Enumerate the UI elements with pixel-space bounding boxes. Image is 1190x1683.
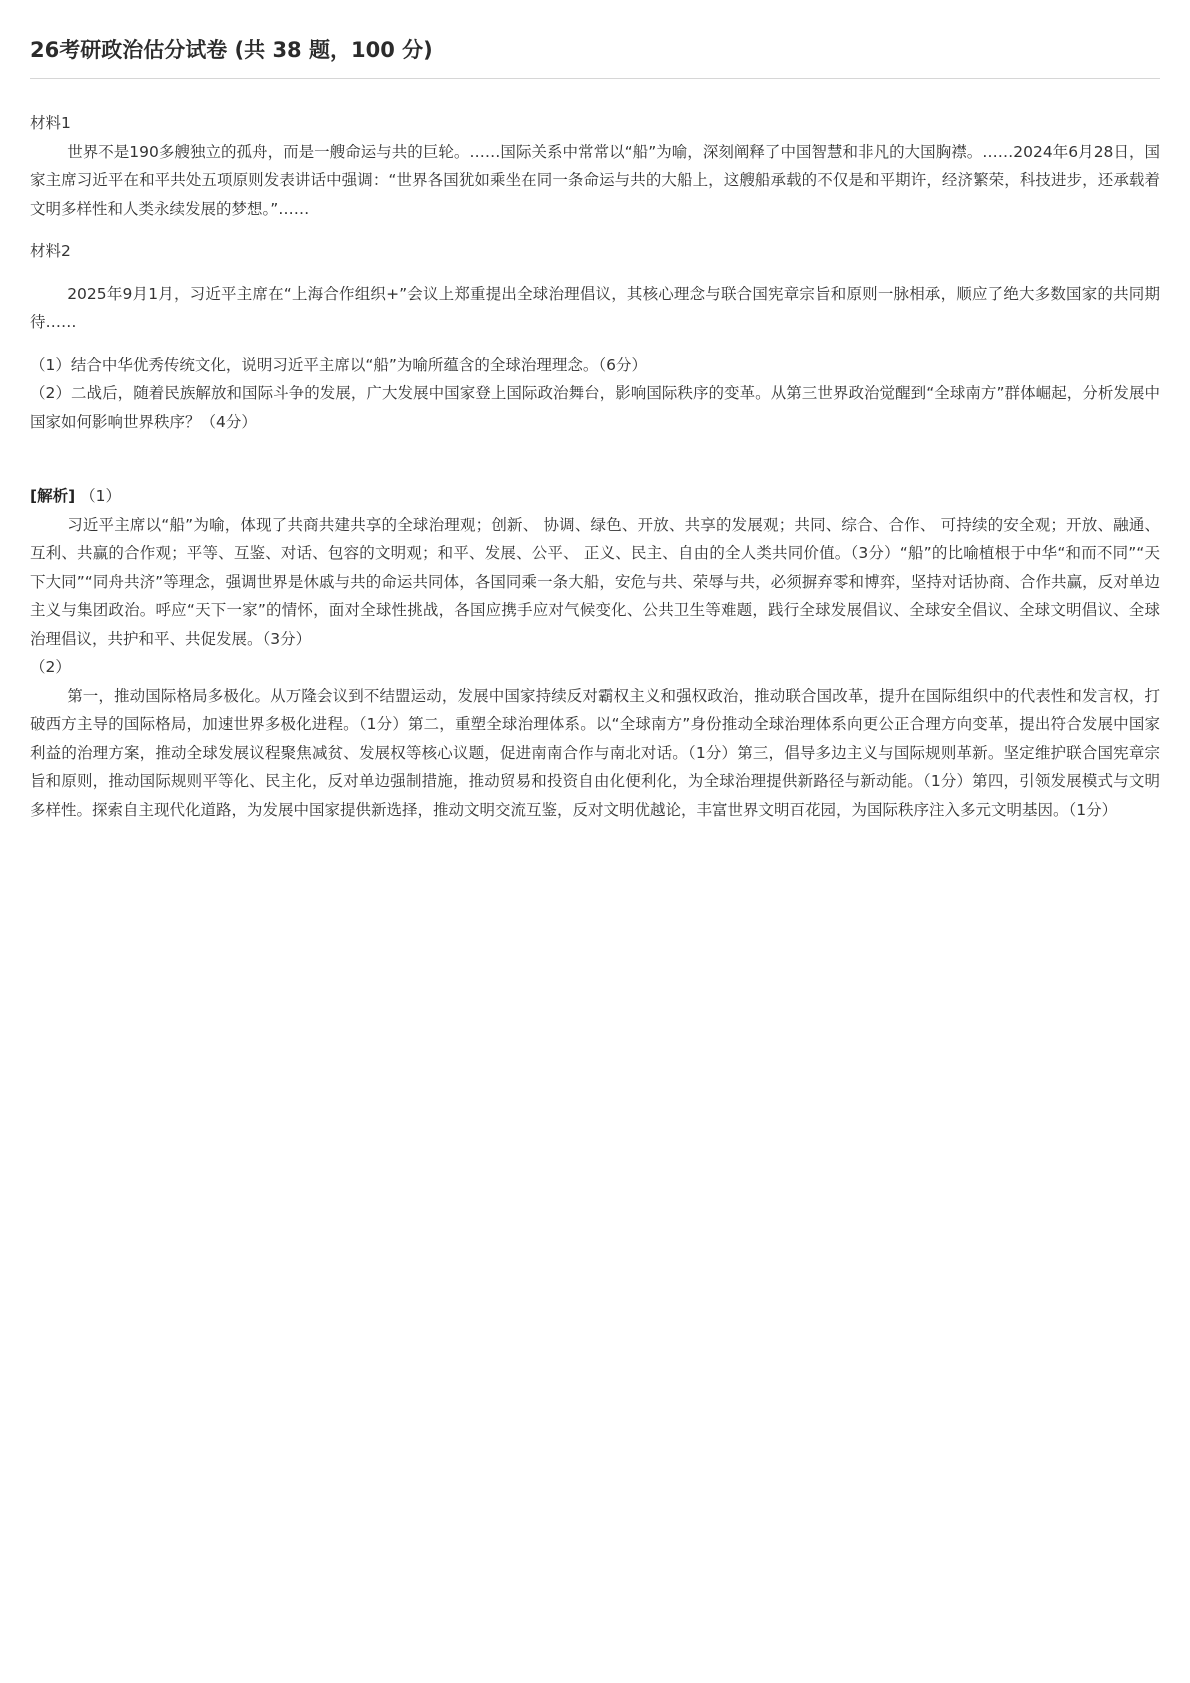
material-2-text: 2025年9月1月，习近平主席在“上海合作组织+”会议上郑重提出全球治理倡议，其… xyxy=(30,280,1160,337)
spacer xyxy=(30,337,1160,351)
material-2-label: 材料2 xyxy=(30,237,1160,266)
exam-page: 26考研政治估分试卷 (共 38 题，100 分) 材料1 世界不是190多艘独… xyxy=(0,0,1190,824)
spacer xyxy=(30,223,1160,237)
material-1-text: 世界不是190多艘独立的孤舟，而是一艘命运与共的巨轮。……国际关系中常常以“船”… xyxy=(30,138,1160,224)
analysis-part-2-text: 第一，推动国际格局多极化。从万隆会议到不结盟运动，发展中国家持续反对霸权主义和强… xyxy=(30,682,1160,825)
spacer xyxy=(30,266,1160,280)
page-title: 26考研政治估分试卷 (共 38 题，100 分) xyxy=(30,0,1160,79)
analysis-part-1-label: （1） xyxy=(80,487,121,505)
question-2: （2）二战后，随着民族解放和国际斗争的发展，广大发展中国家登上国际政治舞台，影响… xyxy=(30,379,1160,436)
analysis-header: [解析] （1） xyxy=(30,482,1160,511)
question-1: （1）结合中华优秀传统文化，说明习近平主席以“船”为喻所蕴含的全球治理理念。（6… xyxy=(30,351,1160,380)
document-body: 材料1 世界不是190多艘独立的孤舟，而是一艘命运与共的巨轮。……国际关系中常常… xyxy=(30,109,1160,824)
material-1-label: 材料1 xyxy=(30,109,1160,138)
analysis-label: [解析] xyxy=(30,487,75,505)
analysis-part-2-label: （2） xyxy=(30,653,1160,682)
analysis-part-1-text: 习近平主席以“船”为喻，体现了共商共建共享的全球治理观；创新、 协调、绿色、开放… xyxy=(30,511,1160,654)
